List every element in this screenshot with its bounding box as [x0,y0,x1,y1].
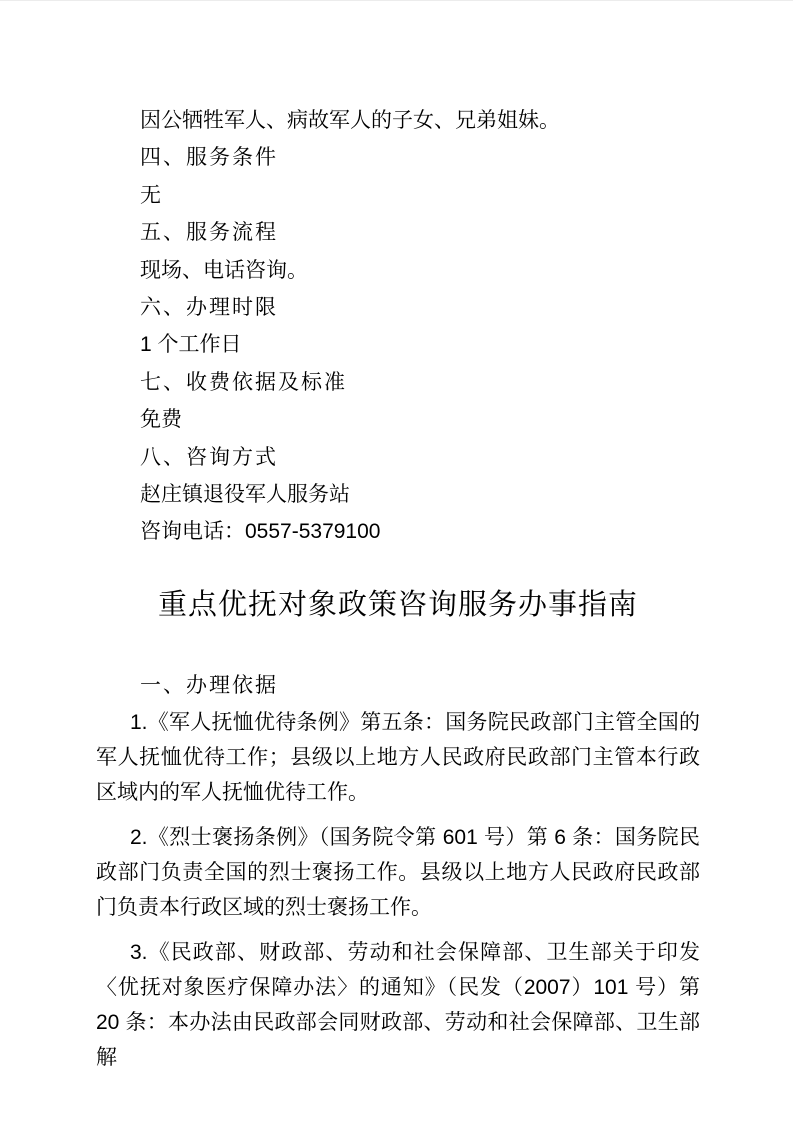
value-consultation-phone: 咨询电话：0557-5379100 [96,513,700,550]
heading-service-process: 五、服务流程 [96,214,700,251]
document-content: 因公牺牲军人、病故军人的子女、兄弟姐妹。 四、服务条件 无 五、服务流程 现场、… [0,1,793,1075]
document-title: 重点优抚对象政策咨询服务办事指南 [96,581,700,629]
legal-basis-paragraph-1: 1.《军人抚恤优待条例》第五条：国务院民政部门主管全国的军人抚恤优待工作；县级以… [96,705,700,810]
value-fee: 免费 [96,401,700,438]
value-service-conditions: 无 [96,177,700,214]
line-beneficiaries: 因公牺牲军人、病故军人的子女、兄弟姐妹。 [96,102,700,139]
value-service-process: 现场、电话咨询。 [96,252,700,289]
legal-basis-paragraph-2: 2.《烈士褒扬条例》（国务院令第 601 号）第 6 条：国务院民政部门负责全国… [96,820,700,925]
document-page: 因公牺牲军人、病故军人的子女、兄弟姐妹。 四、服务条件 无 五、服务流程 现场、… [0,0,793,1122]
legal-basis-paragraph-3: 3.《民政部、财政部、劳动和社会保障部、卫生部关于印发〈优抚对象医疗保障办法〉的… [96,935,700,1075]
heading-service-conditions: 四、服务条件 [96,139,700,176]
heading-processing-basis: 一、办理依据 [96,667,700,704]
value-processing-time-limit: 1 个工作日 [96,326,700,363]
heading-fee-basis-and-standard: 七、收费依据及标准 [96,364,700,401]
heading-processing-time-limit: 六、办理时限 [96,289,700,326]
heading-consultation-method: 八、咨询方式 [96,439,700,476]
value-service-station: 赵庄镇退役军人服务站 [96,476,700,513]
